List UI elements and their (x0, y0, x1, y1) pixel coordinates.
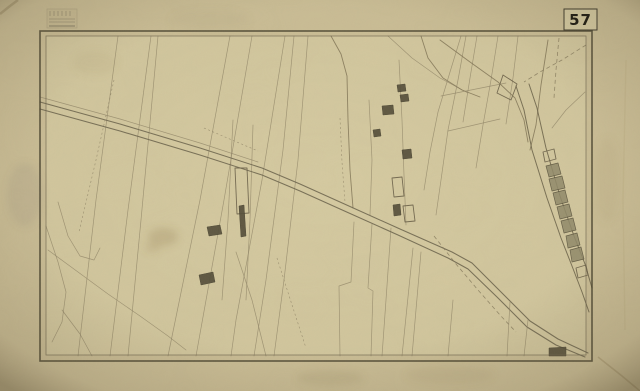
paper-vignette (0, 0, 640, 391)
map-canvas: 57 (0, 0, 640, 391)
scanned-map-sheet: 57 (0, 0, 640, 391)
